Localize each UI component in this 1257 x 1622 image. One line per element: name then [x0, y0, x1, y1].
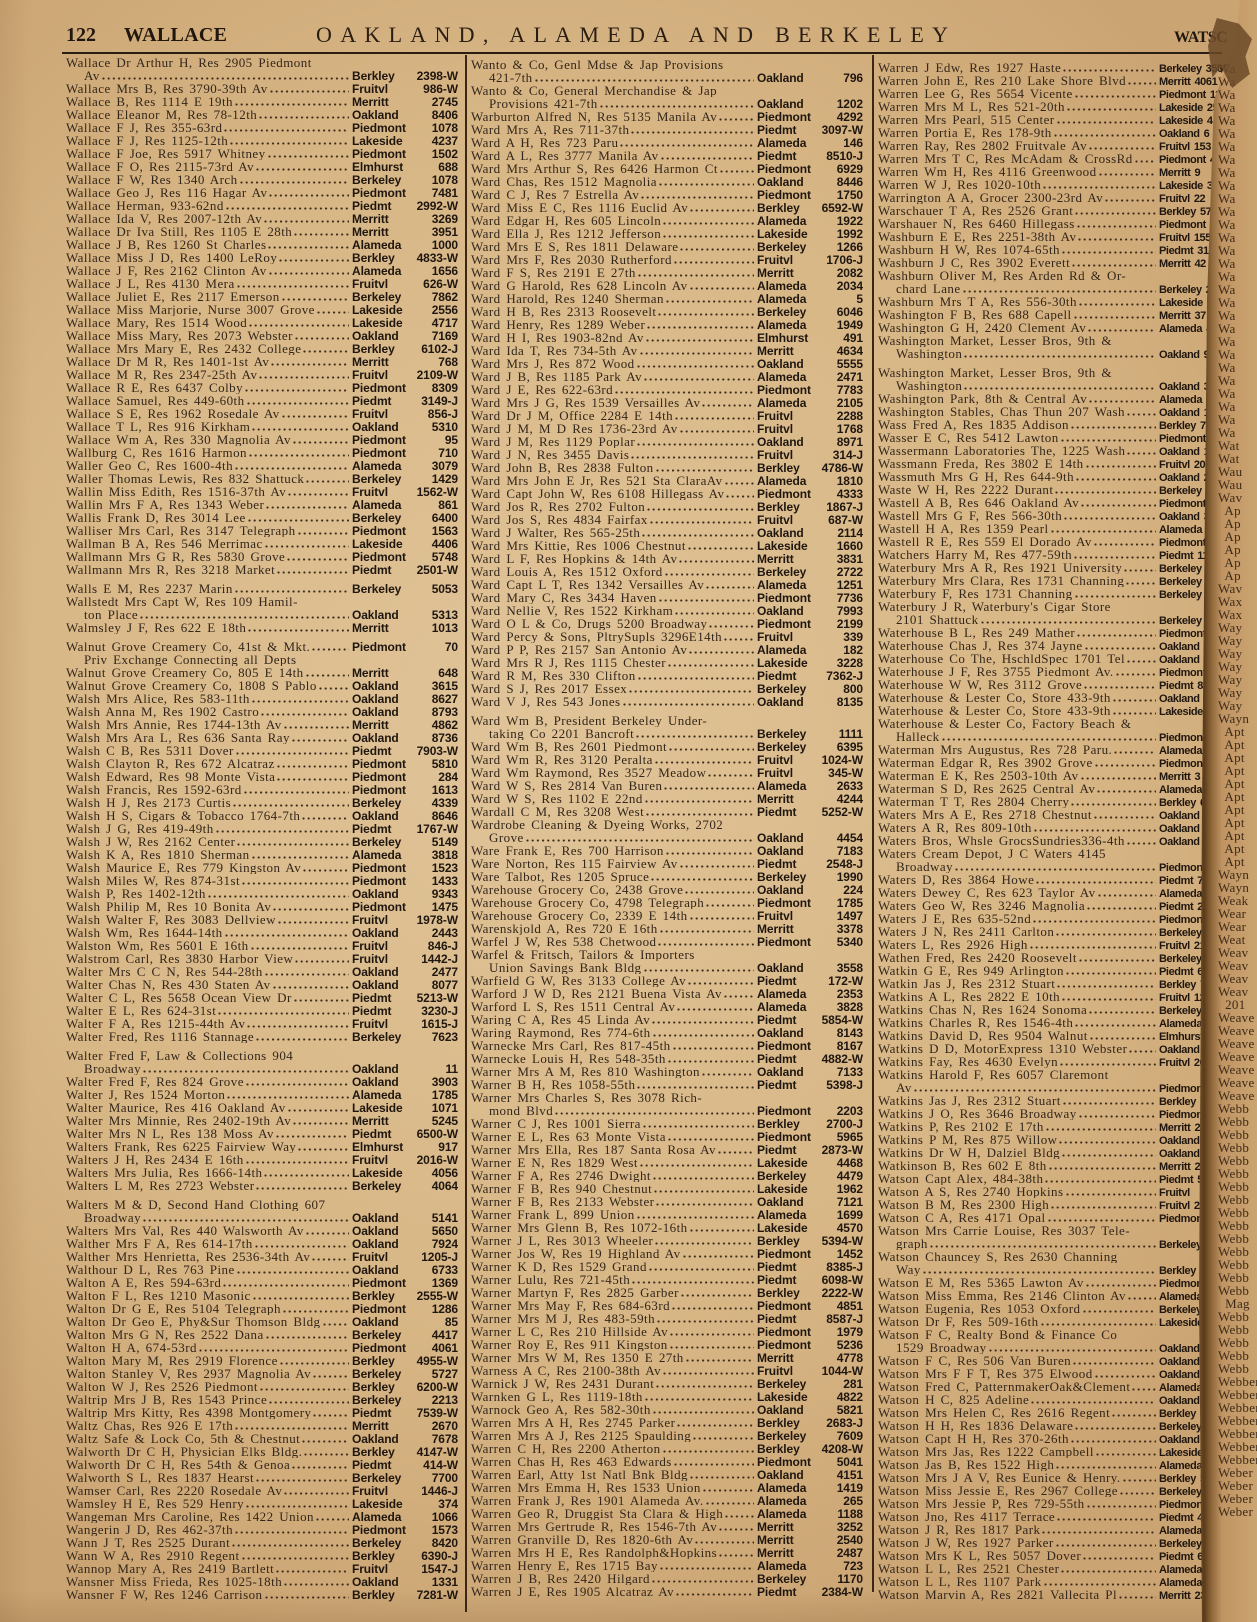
entry-line: Warner Roy E, Res 911 KingstonPiedmont52…: [471, 1338, 863, 1351]
listing-name-address: Wallin Miss Edith, Res 1516-37th Av: [66, 485, 286, 498]
dot-leader: [1127, 413, 1156, 416]
listing-entry: Walnut Grove Creamery Co, 41st & Mkt.Pie…: [66, 640, 458, 666]
dot-leader: [269, 194, 349, 197]
listing-name-address: Ward Chas, Res 1512 Magnolia: [471, 175, 657, 188]
listing-name-address: Ward R M, Res 330 Clifton: [471, 669, 636, 682]
dot-leader: [719, 118, 754, 121]
listing-name-address: Walnut Grove Creamery Co, 1808 S Pablo: [66, 679, 317, 692]
listing-entry: Washburn E E, Res 2251-38th AvFruitvl155…: [878, 230, 1257, 243]
dot-leader: [1127, 452, 1156, 455]
listing-entry: Watkins D D, MotorExpress 1310 WebsterOa…: [878, 1042, 1257, 1055]
entry-line: Wardall C M, Res 3208 WestPiedmt5252-W: [471, 805, 863, 818]
dot-leader: [719, 1528, 754, 1531]
dot-leader: [706, 586, 754, 589]
listing-entry: Walter Chas N, Res 430 Staten AvOakland8…: [66, 978, 458, 991]
entry-line: Wallman B A, Res 546 MerrimacLakeside440…: [66, 537, 458, 550]
listing-entry: Watson Marvin A, Res 2821 Vallecita PlMe…: [878, 1588, 1257, 1601]
entry-line: Ward G Harold, Res 628 Lincoln AvAlameda…: [471, 279, 863, 292]
phone-exchange-box: Piedmt5252-W: [757, 806, 863, 819]
exchange-name: Piedmont: [1159, 154, 1206, 167]
dot-leader: [1081, 504, 1156, 507]
listing-entry: Ward Miss E C, Res 1116 Euclid AvBerkley…: [471, 201, 863, 214]
listing-entry: Watkin Jas J, Res 2312 StuartBerkley72: [878, 977, 1257, 990]
header-rule: [62, 52, 1222, 54]
listing-name-address: Ward W S, Res 2814 Van Buren: [471, 779, 662, 792]
listing-entry: Wallmann Mrs R, Res 3218 MarketPiedmt250…: [66, 563, 458, 576]
entry-line: Waters J N, Res 2411 CarltonBerkeley4: [878, 925, 1257, 938]
exchange-name: Piedmont: [1159, 667, 1206, 680]
dot-leader: [637, 365, 754, 368]
listing-name-address: Wallburg C, Res 1616 Harmon: [66, 446, 247, 459]
listing-entry: Walters Mrs Val, Res 440 Walsworth AvOak…: [66, 1224, 458, 1237]
entry-line: Wallace J L, Res 4130 MeraFruitvl626-W: [66, 277, 458, 290]
listing-name-address: Watson Mrs Jessie P, Res 729-55th: [878, 1497, 1085, 1510]
listing-entry: Ward Louis A, Res 1512 OxfordBerkeley272…: [471, 565, 863, 578]
entry-line: Wastell H A, Res 1359 PearlAlameda2: [878, 522, 1257, 535]
listing-entry: Ward Mrs R J, Res 1115 ChesterLakeside32…: [471, 656, 863, 669]
dot-leader: [225, 934, 349, 937]
listing-entry: Ward Edgar H, Res 605 LincolnAlameda1922: [471, 214, 863, 227]
dot-leader: [1126, 582, 1156, 585]
entry-line: Walton Stanley V, Res 2937 Magnolia AvBe…: [66, 1367, 458, 1380]
listing-name-address: Ward Capt John W, Res 6108 Hillegass Av: [471, 487, 724, 500]
listing-entry: Warehouse Grocery Co, 2438 GroveOakland2…: [471, 883, 863, 896]
dot-leader: [293, 1122, 349, 1125]
listing-name-address: Warner Mrs Glenn B, Res 1072-16th: [471, 1221, 688, 1234]
entry-line: Watson Mrs Jessie P, Res 729-55thPiedmon…: [878, 1497, 1257, 1510]
dot-leader: [232, 1544, 349, 1547]
dot-leader: [1075, 1427, 1156, 1430]
entry-line: Waters L, Res 2926 HighFruitvl215: [878, 938, 1257, 951]
entry-line: Walsh C B, Res 5311 DoverPiedmt7903-W: [66, 744, 458, 757]
exchange-name: Piedmt: [1159, 1512, 1193, 1525]
entry-line: Wallace Wm A, Res 330 Magnolia AvPiedmon…: [66, 433, 458, 446]
listing-name-address: Warner L C, Res 210 Hillside Av: [471, 1325, 668, 1338]
listing-name-address: Walter C L, Res 5658 Ocean View Dr: [66, 991, 292, 1004]
listing-entry: Ward Mrs F, Res 2030 RutherfordFruitvl17…: [471, 253, 863, 266]
dot-leader: [276, 1135, 349, 1138]
listing-entry: Warenskjold A, Res 720 E 16thMerritt3378: [471, 922, 863, 935]
dot-leader: [660, 930, 754, 933]
listing-entry: Waters Bros, Whsle GrocsSundries336-4thO…: [878, 834, 1257, 847]
entry-line: Warnecke Mrs Carl, Res 817-45thPiedmont8…: [471, 1039, 863, 1052]
listing-name-address: Warner Mrs Charles S, Res 3078 Rich-: [471, 1091, 702, 1104]
listing-entry: Walton Mary M, Res 2919 FlorenceBerkley4…: [66, 1354, 458, 1367]
listing-entry: Watson J R, Res 1817 ParkAlameda5: [878, 1523, 1257, 1536]
exchange-name: Berkley: [1159, 1473, 1196, 1486]
listing-entry: Warner Mrs M J, Res 483-59thPiedmt8587-J: [471, 1312, 863, 1325]
listing-name-address: Watson Mrs Jas, Res 1222 Campbell: [878, 1445, 1094, 1458]
listing-name-address: Wallace Dr M R, Res 1401-1st Av: [66, 355, 269, 368]
listing-continuation-text: Washington: [896, 347, 962, 360]
entry-line: Ward Miss E C, Res 1116 Euclid AvBerkley…: [471, 201, 863, 214]
dot-leader: [668, 664, 754, 667]
listing-entry: Waters L, Res 2926 HighFruitvl215: [878, 938, 1257, 951]
entry-continuation-line: 2101 ShattuckBerkeley4: [878, 613, 1257, 626]
listing-entry: Walsh Miles W, Res 874-31stPiedmont1433: [66, 874, 458, 887]
entry-line: Warren Granville D, Res 1820-6th AvMerri…: [471, 1533, 863, 1546]
dot-leader: [1031, 1401, 1156, 1404]
listing-entry: Warren Mrs A J, Res 2125 SpauldingBerkel…: [471, 1429, 863, 1442]
listing-entry: Ward Jos R, Res 2702 FultonBerkley1867-J: [471, 500, 863, 513]
listing-name-address: Walters J H, Res 2434 E 16th: [66, 1153, 244, 1166]
listing-entry: Walls E M, Res 2237 MarinBerkeley5053: [66, 582, 458, 595]
entry-line: Wallace F O, Res 2115-73rd AvElmhurst688: [66, 160, 458, 173]
dot-leader: [652, 1021, 754, 1024]
listing-entry: Wasser E C, Res 5412 LawtonPiedmont2: [878, 431, 1257, 444]
dot-leader: [306, 1232, 349, 1235]
listing-name-address: Walton Mary M, Res 2919 Florence: [66, 1354, 278, 1367]
dot-leader: [631, 456, 754, 459]
exchange-name: Piedmont: [1159, 758, 1206, 771]
listing-entry: Wallis Frank D, Res 3014 LeeBerkeley6400: [66, 511, 458, 524]
listing-name-address: Washington Park, 8th & Central Av: [878, 392, 1087, 405]
listing-name-address: Warshauer N, Res 6460 Hillegass: [878, 217, 1075, 230]
entry-line: Watkin Jas J, Res 2312 StuartBerkley72: [878, 977, 1257, 990]
entry-line: Ward Harold, Res 1240 ShermanAlameda5: [471, 292, 863, 305]
dot-leader: [271, 363, 349, 366]
entry-line: Watson L L, Res 2521 ChesterAlameda3: [878, 1562, 1257, 1575]
listing-name-address: Walsh H J, Res 2173 Curtis: [66, 796, 231, 809]
listing-name-address: Watkin Jas J, Res 2312 Stuart: [878, 977, 1055, 990]
listing-name-address: Warren Granville D, Res 1820-6th Av: [471, 1533, 693, 1546]
dot-leader: [706, 1502, 754, 1505]
entry-line: Walsh Francis, Res 1592-63rdPiedmont1613: [66, 783, 458, 796]
entry-line: Warren J E, Res 1905 Alcatraz AvPiedmt23…: [471, 1585, 863, 1598]
exchange-name: Oakland: [1159, 1135, 1200, 1148]
listing-entry: Walsh Mrs Ara L, Res 636 Santa RayOaklan…: [66, 731, 458, 744]
listing-entry: Wardall C M, Res 3208 WestPiedmt5252-W: [471, 805, 863, 818]
dot-leader: [253, 1297, 349, 1300]
listing-entry: Ward P P, Res 2157 San Antonio AvAlameda…: [471, 643, 863, 656]
listing-name-address: Washburn E E, Res 2251-38th Av: [878, 230, 1076, 243]
listing-entry: Warner Mrs W M, Res 1350 E 27thMerritt47…: [471, 1351, 863, 1364]
exchange-name: Lakeside: [1159, 1317, 1203, 1330]
listing-name-address: Wanto & Co, Genl Mdse & Jap Provisions: [471, 58, 724, 71]
listing-entry: Wamser Carl, Res 2220 Rosedale AvFruitvl…: [66, 1484, 458, 1497]
listing-entry: Warnecke Louis H, Res 548-35thPiedmt4882…: [471, 1052, 863, 1065]
listing-name-address: Walworth S L, Res 1837 Hearst: [66, 1471, 254, 1484]
listing-name-address: Waterhouse & Lester Co, Store 433-9th: [878, 691, 1111, 704]
dot-leader: [1120, 1492, 1156, 1495]
listing-name-address: Washington Market, Lesser Bros, 9th &: [878, 366, 1112, 379]
listing-entry: Walworth Dr C H, Physician Elks Bldg.Ber…: [66, 1445, 458, 1458]
listing-entry: Warren J Edw, Res 1927 HasteBerkeley3507: [878, 61, 1257, 74]
dot-leader: [1071, 426, 1156, 429]
entry-line: Warner F B, Res 940 ChestnutLakeside1962: [471, 1182, 863, 1195]
entry-line: Ward Wm B, President Berkeley Under-: [471, 714, 863, 727]
listing-name-address: Walter Maurice, Res 416 Oakland Av: [66, 1101, 286, 1114]
listing-entry: Walsh Maurice E, Res 779 Kingston AvPied…: [66, 861, 458, 874]
dot-leader: [685, 891, 754, 894]
exchange-name: Piedmt: [352, 564, 391, 577]
listing-name-address: Warner Mrs Ella, Res 187 Santa Rosa Av: [471, 1143, 716, 1156]
listing-name-address: Ward C J, Res 7 Estrella Av: [471, 188, 639, 201]
entry-line: Walter C L, Res 5658 Ocean View DrPiedmt…: [66, 991, 458, 1004]
listing-name-address: Ward Mrs Arthur S, Res 6426 Harmon Ct: [471, 162, 718, 175]
entry-line: Wallace Mary, Res 1514 WoodLakeside4717: [66, 316, 458, 329]
entry-line: Wamsley H E, Res 529 HenryLakeside374: [66, 1497, 458, 1510]
listing-entry: Watkins Fay, Res 4630 EvelynFruitvl206: [878, 1055, 1257, 1068]
exchange-name: Lakeside: [1159, 115, 1203, 128]
listing-name-address: Wastell R E, Res 559 El Dorado Av: [878, 535, 1092, 548]
listing-entry: Watson Mrs Jessie P, Res 729-55thPiedmon…: [878, 1497, 1257, 1510]
dot-leader: [266, 1336, 349, 1339]
listing-entry: Warehouse Grocery Co, 4798 TelegraphPied…: [471, 896, 863, 909]
exchange-name: Piedmt: [1159, 1551, 1193, 1564]
listing-name-address: Warner Mrs W M, Res 1350 E 27th: [471, 1351, 684, 1364]
entry-line: Watson Capt H H, Res 370-26thOakland4: [878, 1432, 1257, 1445]
entry-line: Watson Marvin A, Res 2821 Vallecita PlMe…: [878, 1588, 1257, 1601]
listing-name-address: Watson J R, Res 1817 Park: [878, 1523, 1040, 1536]
dot-leader: [1097, 790, 1156, 793]
entry-line: Warren Mrs Pearl, 515 CenterLakeside4: [878, 113, 1257, 126]
entry-continuation-line: BroadwayOakland11: [66, 1062, 458, 1075]
listing-entry: Warner B H, Res 1058-55thPiedmt5398-J: [471, 1078, 863, 1091]
listing-name-address: Watson Jas B, Res 1522 High: [878, 1458, 1054, 1471]
phone-number: 5252-W: [822, 806, 863, 819]
listing-name-address: Ward J E, Res 622-63rd: [471, 383, 613, 396]
dot-leader: [1071, 803, 1156, 806]
exchange-name: Fruitvl: [1159, 232, 1190, 245]
entry-line: Walters Mrs Val, Res 440 Walsworth AvOak…: [66, 1224, 458, 1237]
listing-continuation-text: Grove: [489, 831, 524, 844]
listing-name-address: Watson Capt Alex, 484-38th: [878, 1172, 1043, 1185]
dot-leader: [695, 1541, 754, 1544]
exchange-name: Oakland: [1159, 407, 1200, 420]
listing-name-address: Waterbury F, Res 1731 Channing: [878, 587, 1073, 600]
listing-name-address: Ward Mrs A, Res 711-37th: [471, 123, 629, 136]
listing-name-address: Warnick J W, Res 2431 Durant: [471, 1377, 654, 1390]
listing-continuation-text: Washington: [896, 379, 962, 392]
listing-entry: Wallace M R, Res 2347-25th AvFruitvl2109…: [66, 368, 458, 381]
listing-name-address: Wallace Samuel, Res 449-60th: [66, 394, 245, 407]
listing-entry: Waterman T T, Res 2804 CherryBerkley61: [878, 795, 1257, 808]
dot-leader: [637, 1216, 754, 1219]
listing-entry: Walsh Clayton R, Res 672 AlcatrazPiedmon…: [66, 757, 458, 770]
entry-line: Warner Mrs Ella, Res 187 Santa Rosa AvPi…: [471, 1143, 863, 1156]
listing-entry: Walton A E, Res 594-63rdPiedmont1369: [66, 1276, 458, 1289]
entry-line: Wamser Carl, Res 2220 Rosedale AvFruitvl…: [66, 1484, 458, 1497]
listing-entry: Warnken G L, Res 1119-18thLakeside4822: [471, 1390, 863, 1403]
dot-leader: [1084, 686, 1156, 689]
listing-name-address: Watson L L, Res 2521 Chester: [878, 1562, 1059, 1575]
entry-line: Waterhouse J F, Res 3755 Piedmont Av.Pie…: [878, 665, 1257, 678]
entry-line: Wass Fred A, Res 1835 AddisonBerkley724: [878, 418, 1257, 431]
dot-leader: [199, 1349, 349, 1352]
listing-entry: Walsh H J, Res 2173 CurtisBerkeley4339: [66, 796, 458, 809]
listing-name-address: Waterman Edgar R, Res 3902 Grove: [878, 756, 1093, 769]
dot-leader: [703, 1489, 754, 1492]
exchange-name: Merritt: [1159, 1590, 1190, 1603]
dot-leader: [1056, 1544, 1156, 1547]
listing-continuation-text: chard Lane: [896, 282, 961, 295]
page-number: 122: [66, 25, 96, 45]
listing-entry: Wass Fred A, Res 1835 AddisonBerkley724: [878, 418, 1257, 431]
listing-name-address: Warner Mrs May F, Res 684-63rd: [471, 1299, 670, 1312]
exchange-name: Berkeley: [352, 1180, 401, 1193]
dot-leader: [1077, 225, 1156, 228]
exchange-name: Oakland: [1159, 128, 1200, 141]
exchange-name: Piedmt: [1159, 245, 1193, 258]
dot-leader: [644, 378, 754, 381]
dot-leader: [306, 674, 349, 677]
listing-continuation-text: 421-7th: [489, 71, 533, 84]
listing-name-address: Warehouse Grocery Co, 4798 Telegraph: [471, 896, 704, 909]
entry-line: Ward Mrs Arthur S, Res 6426 Harmon CtPie…: [471, 162, 863, 175]
listing-name-address: Waterbury Mrs Clara, Res 1731 Channing: [878, 574, 1124, 587]
entry-line: Waste W H, Res 2222 DurantBerkeley1: [878, 483, 1257, 496]
phone-number: 7281-W: [417, 1589, 458, 1602]
entry-line: Waters Mrs A E, Res 2718 ChestnutOakland…: [878, 808, 1257, 821]
entry-line: Walsh J W, Res 2162 CenterBerkeley5149: [66, 835, 458, 848]
phone-number: 2384-W: [822, 1586, 863, 1599]
listing-name-address: Waste W H, Res 2222 Durant: [878, 483, 1053, 496]
listing-name-address: Wardrobe Cleaning & Dyeing Works, 2702: [471, 818, 723, 831]
dot-leader: [273, 908, 349, 911]
entry-line: Walton Mrs G N, Res 2522 DanaBerkeley441…: [66, 1328, 458, 1341]
entry-line: Ward J Walter, Res 565-25thOakland2114: [471, 526, 863, 539]
entry-line: Walther Mrs F A, Res 614-17thOakland7924: [66, 1237, 458, 1250]
listing-entry: Wassmuth Mrs G H, Res 644-9thOakland2: [878, 470, 1257, 483]
listing-name-address: Ward W S, Res 1102 E 22nd: [471, 792, 643, 805]
listing-name-address: Warrington A A, Grocer 2300-23rd Av: [878, 191, 1103, 204]
entry-line: Waterhouse B L, Res 249 MatherPiedmont5: [878, 626, 1257, 639]
phone-exchange-box: Piedmt2384-W: [757, 1586, 863, 1599]
entry-line: Warren Mrs Emma H, Res 1533 UnionAlameda…: [471, 1481, 863, 1494]
listing-name-address: Wallace F W, Res 1340 Arch: [66, 173, 238, 186]
entry-line: Watson J R, Res 1817 ParkAlameda5: [878, 1523, 1257, 1536]
exchange-name: Berkeley: [1159, 563, 1202, 576]
listing-entry: Watson L L, Res 2521 ChesterAlameda3: [878, 1562, 1257, 1575]
listing-name-address: Wallace Mrs B, Res 3790-39th Av: [66, 82, 268, 95]
dot-leader: [306, 480, 349, 483]
dot-leader: [1081, 777, 1156, 780]
listing-entry: Wallace Samuel, Res 449-60thPiedmt3149-J: [66, 394, 458, 407]
exchange-name: Alameda: [1159, 784, 1202, 797]
dot-leader: [1088, 329, 1156, 332]
dot-leader: [280, 1362, 349, 1365]
dot-leader: [1135, 160, 1156, 163]
dot-leader: [672, 1307, 754, 1310]
entry-line: Wassmuth Mrs G H, Res 644-9thOakland2: [878, 470, 1257, 483]
entry-line: Walsh Mrs Annie, Res 1744-13th AvMerritt…: [66, 718, 458, 731]
dot-leader: [663, 1372, 754, 1375]
listing-name-address: Wassermann Laboratories The, 1225 Wash: [878, 444, 1125, 457]
listing-name-address: Warren Henry E, Res 1715 Bay: [471, 1559, 658, 1572]
dot-leader: [1071, 1440, 1156, 1443]
listing-name-address: Wallman B A, Res 546 Merrimac: [66, 537, 263, 550]
exchange-name: Piedmont: [1159, 628, 1206, 641]
listing-name-address: Watson Miss Emma, Res 2146 Clinton Av: [878, 1289, 1126, 1302]
dot-leader: [1056, 933, 1156, 936]
listing-entry: Warner Roy E, Res 911 KingstonPiedmont52…: [471, 1338, 863, 1351]
entry-line: Ward Wm R, Res 3120 PeraltaFruitvl1024-W: [471, 753, 863, 766]
entry-continuation-line: mond BlvdPiedmont2203: [471, 1104, 863, 1117]
listing-entry: Watson Jas B, Res 1522 HighAlameda1: [878, 1458, 1257, 1471]
listing-name-address: Washington G H, 2420 Clement Av: [878, 321, 1086, 334]
entry-line: Watkins Charles R, Res 1546-4thAlameda3: [878, 1016, 1257, 1029]
listing-entry: Wallace Dr Arthur H, Res 2905 PiedmontAv…: [66, 56, 458, 82]
dot-leader: [268, 246, 349, 249]
listing-entry: Ward H I, Res 1903-82nd AvElmhurst491: [471, 331, 863, 344]
dot-leader: [646, 813, 754, 816]
listing-entry: Ward Henry, Res 1289 WeberAlameda1949: [471, 318, 863, 331]
listing-name-address: Walsh Edward, Res 98 Monte Vista: [66, 770, 275, 783]
exchange-name: Merritt: [1159, 771, 1190, 784]
entry-line: Ward Capt L T, Res 1342 Versailles AvAla…: [471, 578, 863, 591]
exchange-name: Piedmont: [757, 936, 811, 949]
entry-line: Washburn Mrs T A, Res 556-30thLakeside7: [878, 295, 1257, 308]
entry-line: Warren C H, Res 2200 AthertonBerkley4208…: [471, 1442, 863, 1455]
listing-name-address: Waller Geo C, Res 1600-4th: [66, 459, 233, 472]
listing-name-address: Walters L M, Res 2723 Webster: [66, 1179, 254, 1192]
entry-line: Walters L M, Res 2723 WebsterBerkeley406…: [66, 1179, 458, 1192]
dot-leader: [680, 865, 754, 868]
entry-line: Watkins Jas J, Res 2312 StuartBerkley72: [878, 1094, 1257, 1107]
listing-entry: Ward Wm B, Res 2601 PiedmontBerkeley6395: [471, 740, 863, 753]
listing-name-address: Ward John B, Res 2838 Fulton: [471, 461, 654, 474]
dot-leader: [673, 1047, 754, 1050]
dot-leader: [269, 1401, 349, 1404]
listing-name-address: Watkins David D, Res 9504 Walnut: [878, 1029, 1088, 1042]
entry-line: Warnecke Louis H, Res 548-35thPiedmt4882…: [471, 1052, 863, 1065]
listing-name-address: Warren Mrs Pearl, 515 Center: [878, 113, 1055, 126]
listing-name-address: Watson Marvin A, Res 2821 Vallecita Pl: [878, 1588, 1117, 1601]
exchange-name: Merritt: [1159, 310, 1190, 323]
listing-entry: Waterhouse W W, Res 3112 GrovePiedmt8: [878, 678, 1257, 691]
entry-line: Walsh K A, Res 1810 ShermanAlameda3818: [66, 848, 458, 861]
listing-entry: Wangerin J D, Res 462-37thPiedmont1573: [66, 1523, 458, 1536]
listing-entry: Wallace J B, Res 1260 St CharlesAlameda1…: [66, 238, 458, 251]
exchange-name: Oakland: [1159, 1343, 1200, 1356]
listing-name-address: Walton Mrs G N, Res 2522 Dana: [66, 1328, 264, 1341]
dot-leader: [1054, 134, 1156, 137]
entry-line: Watson L L, Res 1107 ParkAlameda11: [878, 1575, 1257, 1588]
entry-line: Ward Mrs R J, Res 1115 ChesterLakeside32…: [471, 656, 863, 669]
listing-entry: Ware Frank E, Res 700 HarrisonOakland718…: [471, 844, 863, 857]
entry-line: Waters D, Res 3864 HowePiedmt71: [878, 873, 1257, 886]
exchange-name: Berkeley: [1159, 953, 1202, 966]
dot-leader: [224, 129, 349, 132]
dot-leader: [690, 1476, 754, 1479]
entry-line: Waterhouse & Lester Co, Store 433-9thOak…: [878, 691, 1257, 704]
entry-line: Warren Ray, Res 2802 Fruitvale AvFruitvl…: [878, 139, 1257, 152]
dot-leader: [304, 1453, 349, 1456]
entry-line: Walmsley J F, Res 622 E 18thMerritt1013: [66, 621, 458, 634]
exchange-name: Alameda: [1159, 1018, 1202, 1031]
exchange-name: Fruitvl: [1159, 459, 1190, 472]
exchange-name: Lakeside: [1159, 180, 1203, 193]
listing-entry: Walsh J G, Res 419-49thPiedmt1767-W: [66, 822, 458, 835]
entry-line: Warner F A, Res 2746 DwightBerkeley4479: [471, 1169, 863, 1182]
listing-entry: Ward Harold, Res 1240 ShermanAlameda5: [471, 292, 863, 305]
listing-entry: Ward Ida T, Res 734-5th AvMerritt4634: [471, 344, 863, 357]
dot-leader: [1036, 881, 1156, 884]
exchange-name: Oakland: [757, 72, 804, 85]
exchange-name: Merritt: [1159, 167, 1190, 180]
entry-line: Warnick J W, Res 2431 DurantBerkeley281: [471, 1377, 863, 1390]
listing-continuation-text: Provisions 421-7th: [489, 97, 598, 110]
dot-leader: [1078, 238, 1156, 241]
dot-leader: [312, 648, 349, 651]
listing-entry: Waltz Safe & Lock Co, 5th & ChestnutOakl…: [66, 1432, 458, 1445]
listing-name-address: Ward Nellie V, Res 1522 Kirkham: [471, 604, 673, 617]
exchange-name: Oakland: [1159, 1434, 1200, 1447]
listing-name-address: Waters Geo W, Res 3246 Magnolia: [878, 899, 1085, 912]
dot-leader: [629, 690, 754, 693]
dot-leader: [235, 1531, 349, 1534]
